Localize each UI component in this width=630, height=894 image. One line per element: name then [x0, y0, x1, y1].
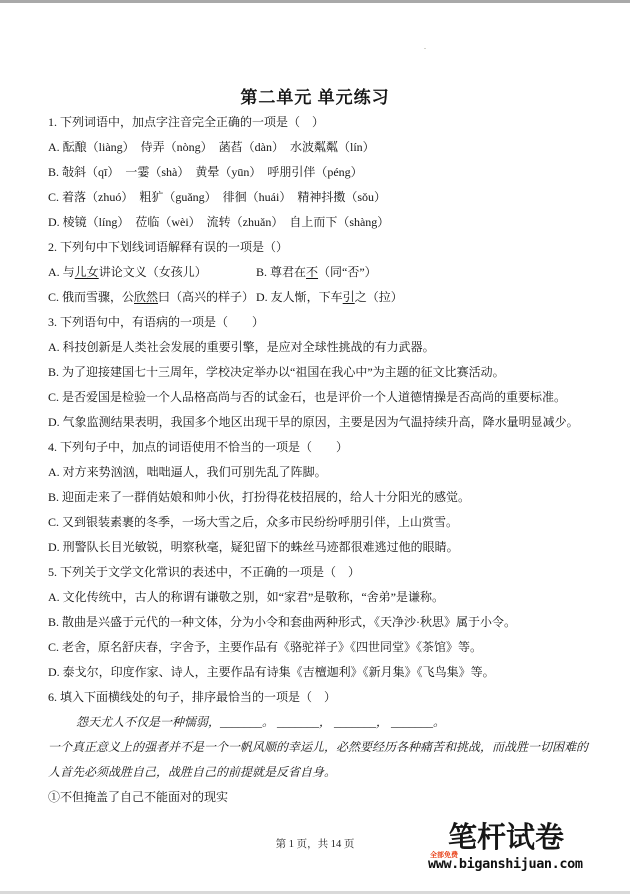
q2-a-pre: A. 与 [48, 265, 75, 279]
q2-b-post: （同“否”） [318, 265, 377, 279]
q2-option-c: C. 俄而雪骤，公欣然曰（高兴的样子） [48, 285, 256, 310]
q5-stem: 5. 下列关于文学文化常识的表述中，不正确的一项是（ ） [48, 560, 590, 585]
q2-d-pre: D. 友人惭，下车 [256, 290, 343, 304]
q5-option-d: D. 泰戈尔，印度作家、诗人，主要作品有诗集《吉檀迦利》《新月集》《飞鸟集》等。 [48, 660, 590, 685]
q2-options-row-1: A. 与儿女讲论文义（女孩儿） B. 尊君在不（同“否”） [48, 260, 590, 285]
q6-sentence-1: ①不但掩盖了自己不能面对的现实 [48, 785, 590, 810]
q2-b-underlined: 不 [306, 265, 318, 279]
q3-stem: 3. 下列语句中，有语病的一项是（ ） [48, 310, 590, 335]
q6-stem: 6. 填入下面横线处的句子，排序最恰当的一项是（ ） [48, 685, 590, 710]
q3-option-d: D. 气象监测结果表明，我国多个地区出现干旱的原因，主要是因为气温持续升高，降水… [48, 410, 590, 435]
stray-dot-artifact: . [424, 43, 426, 51]
q2-c-post: 曰（高兴的样子） [158, 290, 254, 304]
document-body: 1. 下列词语中，加点字注音完全正确的一项是（ ） A. 酝酿（liàng） 侍… [48, 110, 590, 810]
q2-option-d: D. 友人惭，下车引之（拉） [256, 285, 590, 310]
page-title: 第二单元 单元练习 [0, 83, 630, 108]
watermark-brand-text: 笔杆试卷 [448, 823, 598, 853]
q1-option-a: A. 酝酿（liàng） 侍弄（nòng） 菡萏（dàn） 水波粼粼（lín） [48, 135, 590, 160]
q2-a-underlined: 儿女 [75, 265, 99, 279]
q1-option-c: C. 着落（zhuó） 粗犷（guǎng） 徘徊（huái） 精神抖擞（sǒu） [48, 185, 590, 210]
q4-stem: 4. 下列句子中，加点的词语使用不恰当的一项是（ ） [48, 435, 590, 460]
q3-option-b: B. 为了迎接建国七十三周年，学校决定举办以“祖国在我心中”为主题的征文比赛活动… [48, 360, 590, 385]
q2-d-underlined: 引 [343, 290, 355, 304]
q4-option-b: B. 迎面走来了一群俏姑娘和帅小伙，打扮得花枝招展的，给人十分阳光的感觉。 [48, 485, 590, 510]
q3-option-c: C. 是否爱国是检验一个人品格高尚与否的试金石，也是评价一个人道德情操是否高尚的… [48, 385, 590, 410]
q2-option-b: B. 尊君在不（同“否”） [256, 260, 590, 285]
q5-option-b: B. 散曲是兴盛于元代的一种文体，分为小令和套曲两种形式，《天净沙·秋思》属于小… [48, 610, 590, 635]
q1-option-d: D. 棱镜（líng） 莅临（wèi） 流转（zhuǎn） 自上而下（shàng… [48, 210, 590, 235]
watermark: 笔杆试卷 全部免费 www.biganshijuan.com [428, 823, 598, 872]
q2-stem: 2. 下列句中下划线词语解释有误的一项是（） [48, 235, 590, 260]
q2-a-post: 讲论文义（女孩儿） [99, 265, 207, 279]
q4-option-c: C. 又到银装素裹的冬季，一场大雪之后，众多市民纷纷呼朋引伴，上山赏雪。 [48, 510, 590, 535]
q4-option-d: D. 刑警队长目光敏锐，明察秋毫，疑犯留下的蛛丝马迹都很难逃过他的眼睛。 [48, 535, 590, 560]
q3-option-a: A. 科技创新是人类社会发展的重要引擎，是应对全球性挑战的有力武器。 [48, 335, 590, 360]
q4-option-a: A. 对方来势汹汹，咄咄逼人，我们可别先乱了阵脚。 [48, 460, 590, 485]
q6-passage: 一个真正意义上的强者并不是一个一帆风顺的幸运儿，必然要经历各种痛苦和挑战，而战胜… [48, 735, 590, 785]
watermark-free-tagline: 全部免费 [430, 850, 458, 860]
q2-options-row-2: C. 俄而雪骤，公欣然曰（高兴的样子） D. 友人惭，下车引之（拉） [48, 285, 590, 310]
q1-stem: 1. 下列词语中，加点字注音完全正确的一项是（ ） [48, 110, 590, 135]
q5-option-c: C. 老舍，原名舒庆春，字舍予，主要作品有《骆驼祥子》《四世同堂》《茶馆》等。 [48, 635, 590, 660]
q2-c-underlined: 欣然 [134, 290, 158, 304]
top-border-bar [0, 0, 630, 3]
q2-c-pre: C. 俄而雪骤，公 [48, 290, 134, 304]
q2-option-a: A. 与儿女讲论文义（女孩儿） [48, 260, 256, 285]
q1-option-b: B. 敧斜（qī） 一霎（shà） 黄晕（yūn） 呼朋引伴（péng） [48, 160, 590, 185]
q2-d-post: 之（拉） [355, 290, 403, 304]
q5-option-a: A. 文化传统中，古人的称谓有谦敬之别，如“家君”是敬称，“舍弟”是谦称。 [48, 585, 590, 610]
q2-b-pre: B. 尊君在 [256, 265, 306, 279]
q6-quote-with-blanks: 怨天尤人不仅是一种懦弱，_______。 _______， _______， _… [48, 710, 590, 735]
